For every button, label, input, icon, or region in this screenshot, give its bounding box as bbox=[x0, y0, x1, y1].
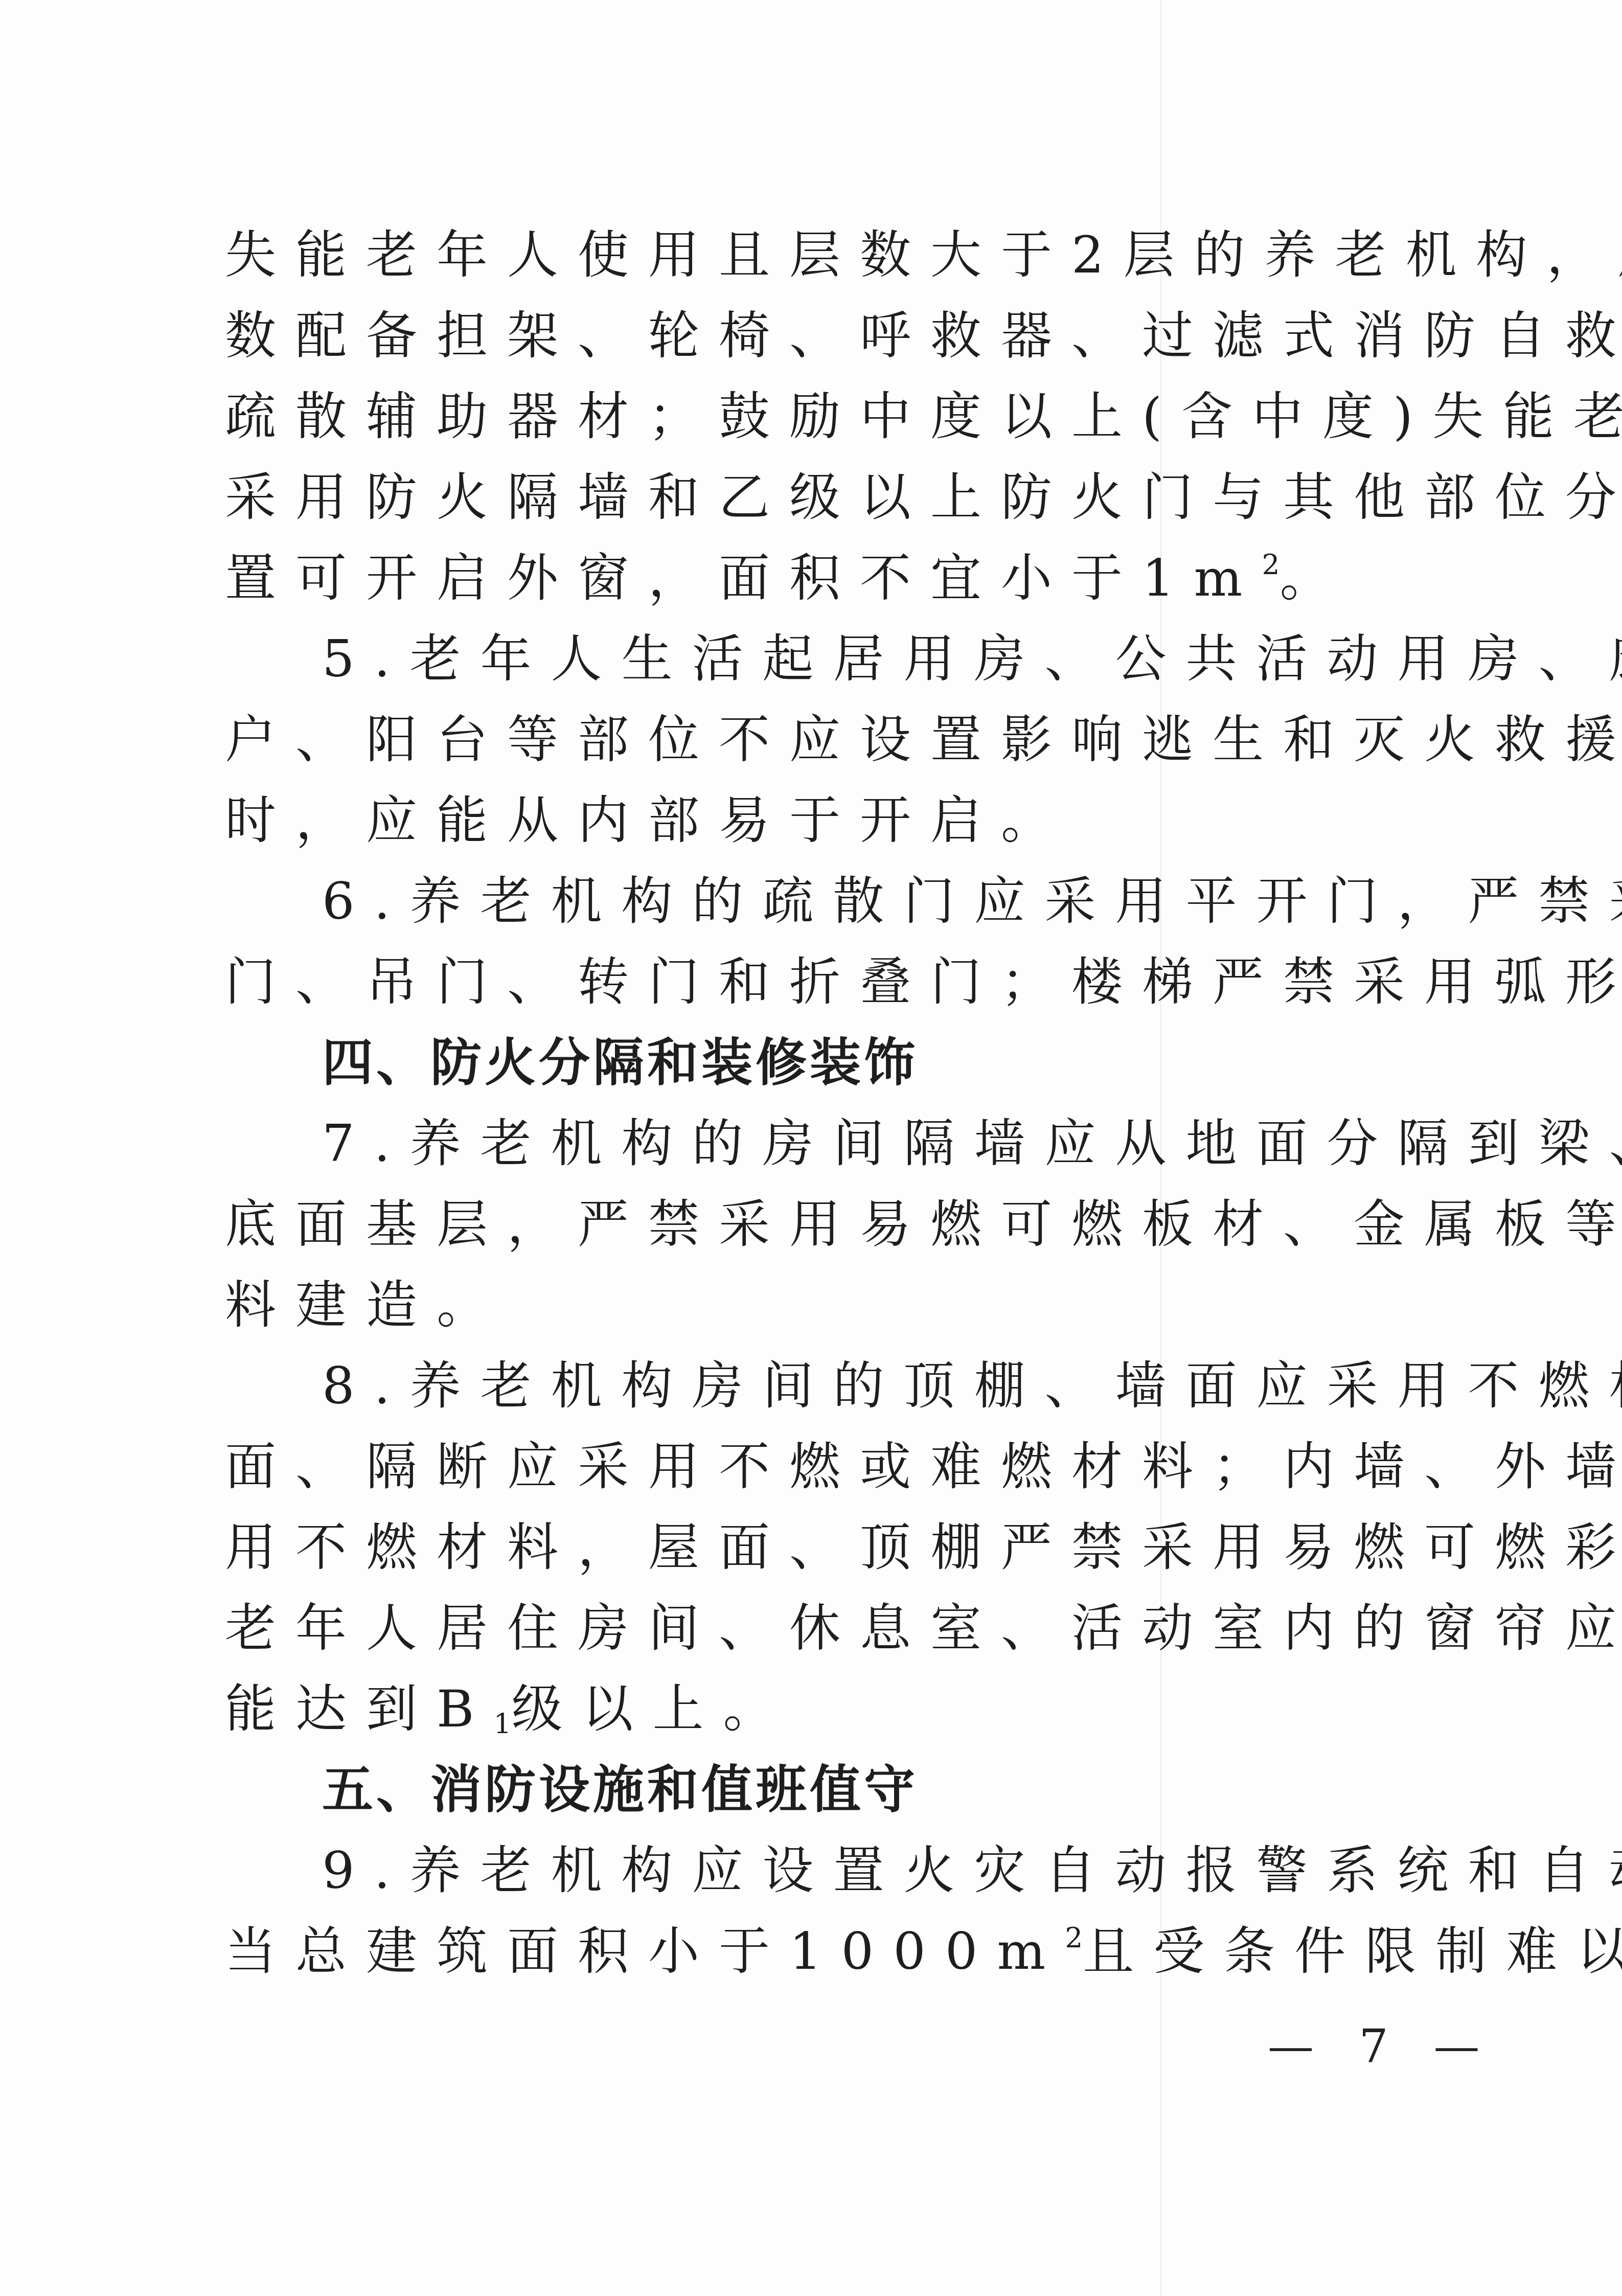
text-line: 7.养老机构的房间隔墙应从地面分隔到梁、楼板或屋面板的 bbox=[225, 1103, 1472, 1184]
paragraph-item-8: 8.养老机构房间的顶棚、墙面应采用不燃材料装修装饰，地 面、隔断应采用不燃或难燃… bbox=[225, 1346, 1472, 1749]
text-line: 疏散辅助器材；鼓励中度以上(含中度)失能老年人的多人间居室 bbox=[225, 376, 1472, 457]
text-line: 失能老年人使用且层数大于2层的养老机构，应当按核定使用人 bbox=[225, 215, 1472, 295]
text-line: 能达到B1级以上。 bbox=[225, 1669, 1472, 1749]
paragraph-4-continuation: 失能老年人使用且层数大于2层的养老机构，应当按核定使用人 数配备担架、轮椅、呼救… bbox=[225, 215, 1472, 619]
paragraph-item-6: 6.养老机构的疏散门应采用平开门，严禁采用推拉门、卷帘 门、吊门、转门和折叠门；… bbox=[225, 861, 1472, 1022]
text-line: 料建造。 bbox=[225, 1265, 1472, 1346]
text-segment: 级以上。 bbox=[512, 1679, 794, 1739]
text-line: 当总建筑面积小于1000m2且受条件限制难以设置时，应设置具有 bbox=[225, 1911, 1472, 1992]
paragraph-item-7: 7.养老机构的房间隔墙应从地面分隔到梁、楼板或屋面板的 底面基层，严禁采用易燃可… bbox=[225, 1103, 1472, 1346]
text-line: 面、隔断应采用不燃或难燃材料；内墙、外墙及屋面保温材料应采 bbox=[225, 1426, 1472, 1507]
text-line: 9.养老机构应设置火灾自动报警系统和自动喷水灭火系统， bbox=[225, 1830, 1472, 1911]
text-line: 用不燃材料，屋面、顶棚严禁采用易燃可燃彩钢夹芯板；养老机构 bbox=[225, 1507, 1472, 1588]
text-segment: 老年人生活起居用房、公共活动用房、康复与医疗用房的窗 bbox=[409, 629, 1622, 689]
text-line: 时，应能从内部易于开启。 bbox=[225, 780, 1472, 861]
text-segment: 养老机构应设置火灾自动报警系统和自动喷水灭火系统， bbox=[409, 1840, 1622, 1900]
text-segment: 。 bbox=[1280, 548, 1350, 608]
text-segment: 养老机构的疏散门应采用平开门，严禁采用推拉门、卷帘 bbox=[409, 871, 1622, 931]
item-number: 5. bbox=[322, 629, 409, 689]
text-line: 老年人居住房间、休息室、活动室内的窗帘应经阻燃处理，燃烧性 bbox=[225, 1588, 1472, 1669]
text-segment: 养老机构的房间隔墙应从地面分隔到梁、楼板或屋面板的 bbox=[409, 1113, 1622, 1173]
text-line: 采用防火隔墙和乙级以上防火门与其他部位分隔；每个房间应设 bbox=[225, 457, 1472, 538]
paragraph-item-9: 9.养老机构应设置火灾自动报警系统和自动喷水灭火系统， 当总建筑面积小于1000… bbox=[225, 1830, 1472, 1992]
paragraph-item-5: 5.老年人生活起居用房、公共活动用房、康复与医疗用房的窗 户、阳台等部位不应设置… bbox=[225, 619, 1472, 861]
item-number: 8. bbox=[322, 1356, 409, 1416]
document-body: 失能老年人使用且层数大于2层的养老机构，应当按核定使用人 数配备担架、轮椅、呼救… bbox=[225, 215, 1472, 1992]
text-segment: 能达到B bbox=[225, 1679, 494, 1739]
section-heading-4: 四、防火分隔和装修装饰 bbox=[225, 1022, 1472, 1103]
text-line: 置可开启外窗，面积不宜小于1m2。 bbox=[225, 538, 1472, 619]
text-segment: 当总建筑面积小于1000m bbox=[225, 1921, 1065, 1981]
text-line: 数配备担架、轮椅、呼救器、过滤式消防自救呼吸器、手电筒等安全 bbox=[225, 295, 1472, 376]
item-number: 6. bbox=[322, 871, 409, 931]
text-segment: 养老机构房间的顶棚、墙面应采用不燃材料装修装饰，地 bbox=[409, 1356, 1622, 1416]
item-number: 7. bbox=[322, 1113, 409, 1173]
item-number: 9. bbox=[322, 1840, 409, 1900]
page-number: — 7 — bbox=[1268, 2019, 1495, 2073]
text-line: 6.养老机构的疏散门应采用平开门，严禁采用推拉门、卷帘 bbox=[225, 861, 1472, 942]
text-segment: 置可开启外窗，面积不宜小于1m bbox=[225, 548, 1262, 608]
text-segment: 且受条件限制难以设置时，应设置具有 bbox=[1083, 1921, 1622, 1981]
text-line: 底面基层，严禁采用易燃可燃板材、金属板等耐火性能不达标的材 bbox=[225, 1184, 1472, 1265]
document-page: 失能老年人使用且层数大于2层的养老机构，应当按核定使用人 数配备担架、轮椅、呼救… bbox=[0, 0, 1622, 2296]
superscript: 2 bbox=[1065, 1921, 1083, 1954]
text-line: 5.老年人生活起居用房、公共活动用房、康复与医疗用房的窗 bbox=[225, 619, 1472, 699]
text-line: 8.养老机构房间的顶棚、墙面应采用不燃材料装修装饰，地 bbox=[225, 1346, 1472, 1426]
text-line: 门、吊门、转门和折叠门；楼梯严禁采用弧形楼梯和螺旋楼梯。 bbox=[225, 942, 1472, 1022]
text-line: 户、阳台等部位不应设置影响逃生和灭火救援的障碍物，确需设置 bbox=[225, 699, 1472, 780]
section-heading-5: 五、消防设施和值班值守 bbox=[225, 1749, 1472, 1830]
superscript: 2 bbox=[1262, 548, 1280, 581]
subscript: 1 bbox=[494, 1708, 512, 1740]
